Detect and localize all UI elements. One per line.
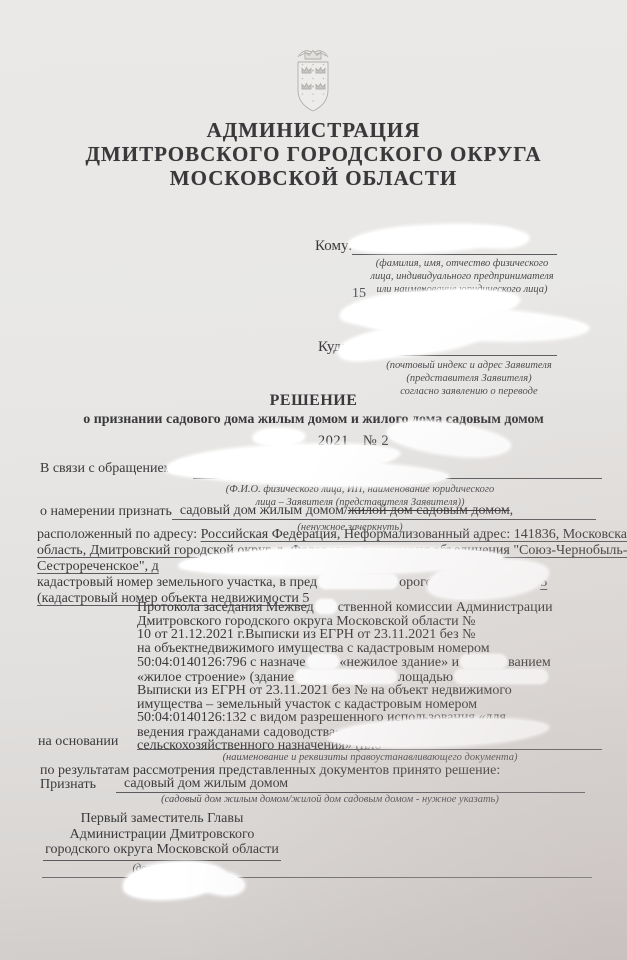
signature-line	[42, 859, 592, 878]
intent-row: о намерении признать садовый дом жилым д…	[40, 503, 596, 520]
recognize-row: Признать садовый дом жилым домом	[40, 776, 585, 793]
intent-label: о намерении признать	[40, 504, 172, 520]
redaction-blob	[461, 655, 506, 668]
redaction-blob	[296, 670, 396, 683]
redaction-blob	[319, 575, 397, 588]
org-line: АДМИНИСТРАЦИЯ	[0, 118, 627, 142]
org-line: МОСКОВСКОЙ ОБЛАСТИ	[0, 166, 627, 190]
basis-label: на основании	[38, 734, 118, 750]
title-subject: о признании садового дома жилым домом и …	[0, 412, 627, 428]
org-header: АДМИНИСТРАЦИЯ ДМИТРОВСКОГО ГОРОДСКОГО ОК…	[0, 118, 627, 190]
address-value: Российская Федерация, Неформализованный …	[201, 527, 627, 542]
address-prefix: расположенный по адресу:	[37, 527, 197, 542]
intent-value: садовый дом жилым домом/жилой дом садовы…	[172, 503, 596, 520]
recognize-label: Признать	[40, 777, 96, 793]
document-title: РЕШЕНИЕ о признании садового дома жилым …	[0, 392, 627, 428]
recipient-to-label: Кому:	[315, 238, 352, 255]
struck-option: жилой дом садовым домом	[348, 503, 510, 518]
redaction-blob	[308, 655, 338, 668]
redaction-blob	[316, 600, 336, 613]
dmitrov-coat-of-arms-icon	[290, 44, 336, 118]
org-line: ДМИТРОВСКОГО ГОРОДСКОГО ОКРУГА	[0, 142, 627, 166]
recognize-value: садовый дом жилым домом	[116, 776, 585, 793]
appeal-label: В связи с обращением	[40, 461, 173, 477]
signatory-position: Первый заместитель Главы Администрации Д…	[43, 811, 281, 861]
recognize-caption: (садовый дом жилым домом/жилой дом садов…	[90, 793, 570, 806]
redaction-blob	[455, 670, 547, 683]
title-name: РЕШЕНИЕ	[0, 392, 627, 410]
document-page: АДМИНИСТРАЦИЯ ДМИТРОВСКОГО ГОРОДСКОГО ОК…	[0, 0, 627, 960]
